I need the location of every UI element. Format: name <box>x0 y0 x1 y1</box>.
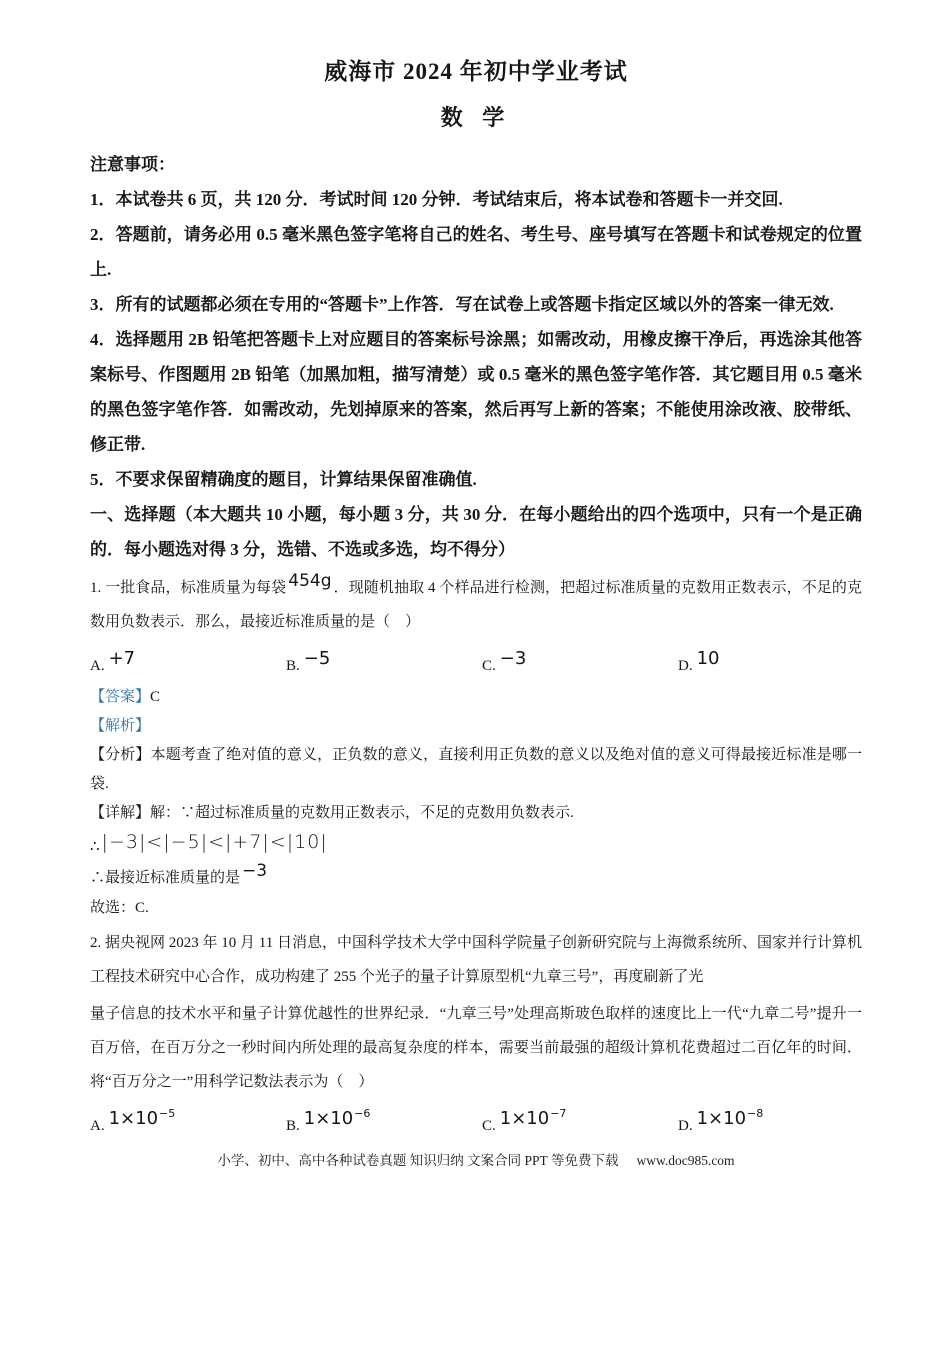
notice-item-5: 5．不要求保留精确度的题目，计算结果保留准确值. <box>90 462 862 497</box>
question-1-option-d: D.10 <box>678 654 722 675</box>
question-1-options: A.+7 B.−5 C.−3 D.10 <box>90 643 862 675</box>
xiangjie-line: 【详解】解：∵超过标准质量的克数用正数表示，不足的克数用负数表示. <box>90 799 862 828</box>
option-label: D. <box>678 658 693 674</box>
therefore-symbol: ∴ <box>90 839 100 855</box>
question-1-option-a: A.+7 <box>90 654 286 675</box>
option-value: +7 <box>107 648 138 669</box>
option-label: A. <box>90 1118 105 1134</box>
footer-text: 小学、初中、高中各种试卷真题 知识归纳 文案合同 PPT 等免费下载 <box>217 1153 618 1168</box>
option-label: A. <box>90 658 105 674</box>
answer-line: 【答案】C <box>90 683 862 712</box>
jiexi-label: 【解析】 <box>90 718 150 734</box>
page-subtitle: 数 学 <box>90 102 862 134</box>
notice-item-3: 3．所有的试题都必须在专用的“答题卡”上作答．写在试卷上或答题卡指定区域以外的答… <box>90 287 862 322</box>
footer-url[interactable]: www.doc985.com <box>636 1153 734 1168</box>
option-label: D. <box>678 1118 693 1134</box>
choice-line: 故选：C. <box>90 894 862 923</box>
question-2-option-b: B.1×10−6 <box>286 1114 482 1135</box>
question-2-option-a: A.1×10−5 <box>90 1114 286 1135</box>
absolute-value-formula: |−3|<|−5|<|+7|<|10| <box>100 831 330 853</box>
conclusion-math-value: −3 <box>240 861 269 881</box>
scientific-notation-exponent: −6 <box>354 1107 370 1120</box>
notice-heading: 注意事项： <box>90 148 862 182</box>
option-value: 1×10−8 <box>695 1108 766 1129</box>
footer: 小学、初中、高中各种试卷真题 知识归纳 文案合同 PPT 等免费下载www.do… <box>90 1151 862 1171</box>
answer-label: 【答案】 <box>90 689 150 705</box>
answer-value: C <box>150 689 160 705</box>
notice-item-4: 4．选择题用 2B 铅笔把答题卡上对应题目的答案标号涂黑；如需改动，用橡皮擦干净… <box>90 322 862 462</box>
question-2-options: A.1×10−5 B.1×10−6 C.1×10−7 D.1×10−8 <box>90 1103 862 1135</box>
scientific-notation-base: 1×10 <box>109 1108 158 1129</box>
question-1-option-c: C.−3 <box>482 654 678 675</box>
option-label: C. <box>482 658 496 674</box>
scientific-notation-exponent: −8 <box>747 1107 763 1120</box>
question-1-option-b: B.−5 <box>286 654 482 675</box>
option-value: −3 <box>498 648 529 669</box>
option-value: −5 <box>302 648 333 669</box>
notice-item-1: 1．本试卷共 6 页，共 120 分．考试时间 120 分钟．考试结束后，将本试… <box>90 182 862 217</box>
section-heading-choice-questions: 一、选择题（本大题共 10 小题，每小题 3 分，共 30 分．在每小题给出的四… <box>90 497 862 567</box>
question-1-inline-math-454g: 454g <box>286 571 333 591</box>
option-value: 10 <box>695 648 722 669</box>
scientific-notation-exponent: −5 <box>159 1107 175 1120</box>
scientific-notation-base: 1×10 <box>304 1108 353 1129</box>
conclusion-line: ∴最接近标准质量的是−3 <box>90 862 862 894</box>
option-value: 1×10−5 <box>107 1108 178 1129</box>
question-2-stem-part-1: 2. 据央视网 2023 年 10 月 11 日消息，中国科学技术大学中国科学院… <box>90 926 862 994</box>
absolute-value-comparison-line: ∴|−3|<|−5|<|+7|<|10| <box>90 828 862 862</box>
jiexi-line: 【解析】 <box>90 712 862 741</box>
question-1-stem-text-1: 1. 一批食品，标准质量为每袋 <box>90 580 286 596</box>
fenxi-line: 【分析】本题考查了绝对值的意义，正负数的意义，直接利用正负数的意义以及绝对值的意… <box>90 741 862 799</box>
conclusion-text: ∴最接近标准质量的是 <box>90 870 240 886</box>
scientific-notation-base: 1×10 <box>697 1108 746 1129</box>
question-2-option-d: D.1×10−8 <box>678 1114 765 1135</box>
notice-item-2: 2．答题前，请务必用 0.5 毫米黑色签字笔将自己的姓名、考生号、座号填写在答题… <box>90 217 862 287</box>
question-1-stem: 1. 一批食品，标准质量为每袋454g．现随机抽取 4 个样品进行检测，把超过标… <box>90 570 862 639</box>
question-2-stem-part-2: 量子信息的技术水平和量子计算优越性的世界纪录．“九章三号”处理高斯玻色取样的速度… <box>90 997 862 1099</box>
option-label: B. <box>286 658 300 674</box>
option-value: 1×10−6 <box>302 1108 373 1129</box>
option-label: C. <box>482 1118 496 1134</box>
option-value: 1×10−7 <box>498 1108 569 1129</box>
scientific-notation-exponent: −7 <box>550 1107 566 1120</box>
page-title: 威海市 2024 年初中学业考试 <box>90 56 862 88</box>
option-label: B. <box>286 1118 300 1134</box>
exam-document-page: 威海市 2024 年初中学业考试 数 学 注意事项： 1．本试卷共 6 页，共 … <box>0 0 950 1347</box>
scientific-notation-base: 1×10 <box>500 1108 549 1129</box>
question-2-option-c: C.1×10−7 <box>482 1114 678 1135</box>
